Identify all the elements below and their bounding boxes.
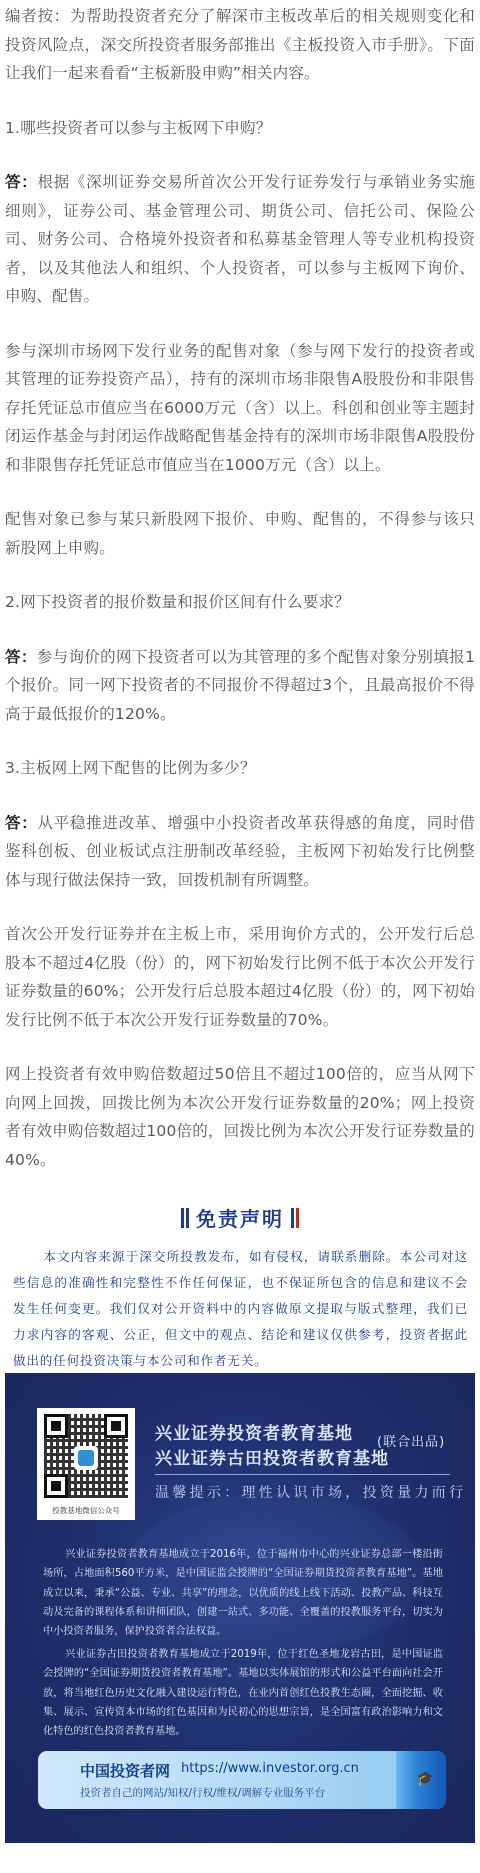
article-body: 编者按：为帮助投资者充分了解深市主板改革后的相关规则变化和投资风险点，深交所投资…	[5, 0, 475, 1200]
banner-divider	[155, 1474, 450, 1475]
site-slogan: 投资者自己的网站/知权/行权/维权/调解专业服务平台	[80, 1785, 325, 1800]
qr-finder-icon	[44, 1474, 68, 1498]
answer-2-para-1: 答：参与询价的网下投资者可以为其管理的多个配售对象分别填报1个报价。同一网下投资…	[5, 643, 475, 729]
graduation-cap-logo-icon	[74, 1446, 98, 1470]
answer-text: 从平稳推进改革、增强中小投资者改革获得感的角度，同时借鉴科创板、创业板试点注册制…	[5, 814, 475, 889]
site-name: 中国投资者网	[80, 1760, 170, 1781]
question-2: 2.网下投资者的报价数量和报价区间有什么要求？	[5, 588, 475, 617]
editor-note: 编者按：为帮助投资者充分了解深市主板改革后的相关规则变化和投资风险点，深交所投资…	[5, 2, 475, 88]
book-graphic: 🎓	[396, 1751, 446, 1809]
qr-caption: 投教基地微信公众号	[37, 1505, 135, 1516]
answer-label: 答：	[5, 648, 37, 666]
intro-text: 兴业证券古田投资者教育基地成立于2019年，位于红色圣地龙岩古田，是中国证监会授…	[43, 1649, 443, 1737]
title-bars-right-icon	[291, 1208, 299, 1228]
base-intro-2: 兴业证券古田投资者教育基地成立于2019年，位于红色圣地龙岩古田，是中国证监会授…	[43, 1645, 443, 1741]
answer-1-para-1: 答：根据《深圳证券交易所首次公开发行证券发行与承销业务实施细则》，证券公司、基金…	[5, 168, 475, 311]
qr-finder-icon	[44, 1414, 68, 1438]
investor-education-banner: 投教基地微信公众号 兴业证券投资者教育基地 兴业证券古田投资者教育基地 (联合出…	[5, 1373, 475, 1843]
warm-tip: 温馨提示：理性认识市场，投资量力而行	[155, 1482, 466, 1502]
base-title-1: 兴业证券投资者教育基地	[155, 1419, 353, 1444]
graduation-cap-icon: 🎓	[417, 1771, 434, 1787]
disclaimer-header: 免责声明	[0, 1203, 480, 1232]
disclaimer-text: 本文内容来源于深交所投教发布，如有侵权，请联系删除。本公司对这些信息的准确性和完…	[13, 1244, 468, 1374]
disclaimer-title: 免责声明	[196, 1203, 284, 1232]
answer-3-para-3: 网上投资者有效申购倍数超过50倍且不超过100倍的，应当从网下向网上回拨，回拨比…	[5, 1060, 475, 1174]
answer-text: 参与询价的网下投资者可以为其管理的多个配售对象分别填报1个报价。同一网下投资者的…	[5, 648, 475, 723]
answer-3-para-1: 答：从平稳推进改革、增强中小投资者改革获得感的角度，同时借鉴科创板、创业板试点注…	[5, 809, 475, 895]
disclaimer-title-group: 免责声明	[181, 1203, 299, 1232]
answer-text: 根据《深圳证券交易所首次公开发行证券发行与承销业务实施细则》，证券公司、基金管理…	[5, 173, 475, 305]
question-3: 3.主板网上网下配售的比例为多少？	[5, 754, 475, 783]
investor-site-link[interactable]: 中国投资者网 https://www.investor.org.cn 投资者自己…	[38, 1751, 446, 1809]
site-url[interactable]: https://www.investor.org.cn	[181, 1761, 359, 1776]
base-title-2: 兴业证券古田投资者教育基地	[155, 1444, 389, 1469]
disclaimer-body: 本文内容来源于深交所投教发布，如有侵权，请联系删除。本公司对这些信息的准确性和完…	[13, 1249, 468, 1368]
answer-3-para-2: 首次公开发行证券并在主板上市，采用询价方式的，公开发行后总股本不超过4亿股（份）…	[5, 920, 475, 1034]
qr-finder-icon	[104, 1414, 128, 1438]
answer-1-para-3: 配售对象已参与某只新股网下报价、申购、配售的，不得参与该只新股网上申购。	[5, 505, 475, 562]
intro-text: 兴业证券投资者教育基地成立于2016年，位于福州市中心的兴业证券总部一楼沿街场所…	[43, 1549, 443, 1637]
answer-label: 答：	[5, 814, 37, 832]
question-1: 1.哪些投资者可以参与主板网下申购？	[5, 114, 475, 143]
title-bars-left-icon	[181, 1208, 189, 1228]
joint-production-label: (联合出品)	[377, 1431, 445, 1450]
answer-1-para-2: 参与深圳市场网下发行业务的配售对象（参与网下发行的投资者或其管理的证券投资产品）…	[5, 337, 475, 480]
wechat-qr-card: 投教基地微信公众号	[37, 1408, 135, 1520]
base-intro-1: 兴业证券投资者教育基地成立于2016年，位于福州市中心的兴业证券总部一楼沿街场所…	[43, 1545, 443, 1641]
answer-label: 答：	[5, 173, 37, 191]
